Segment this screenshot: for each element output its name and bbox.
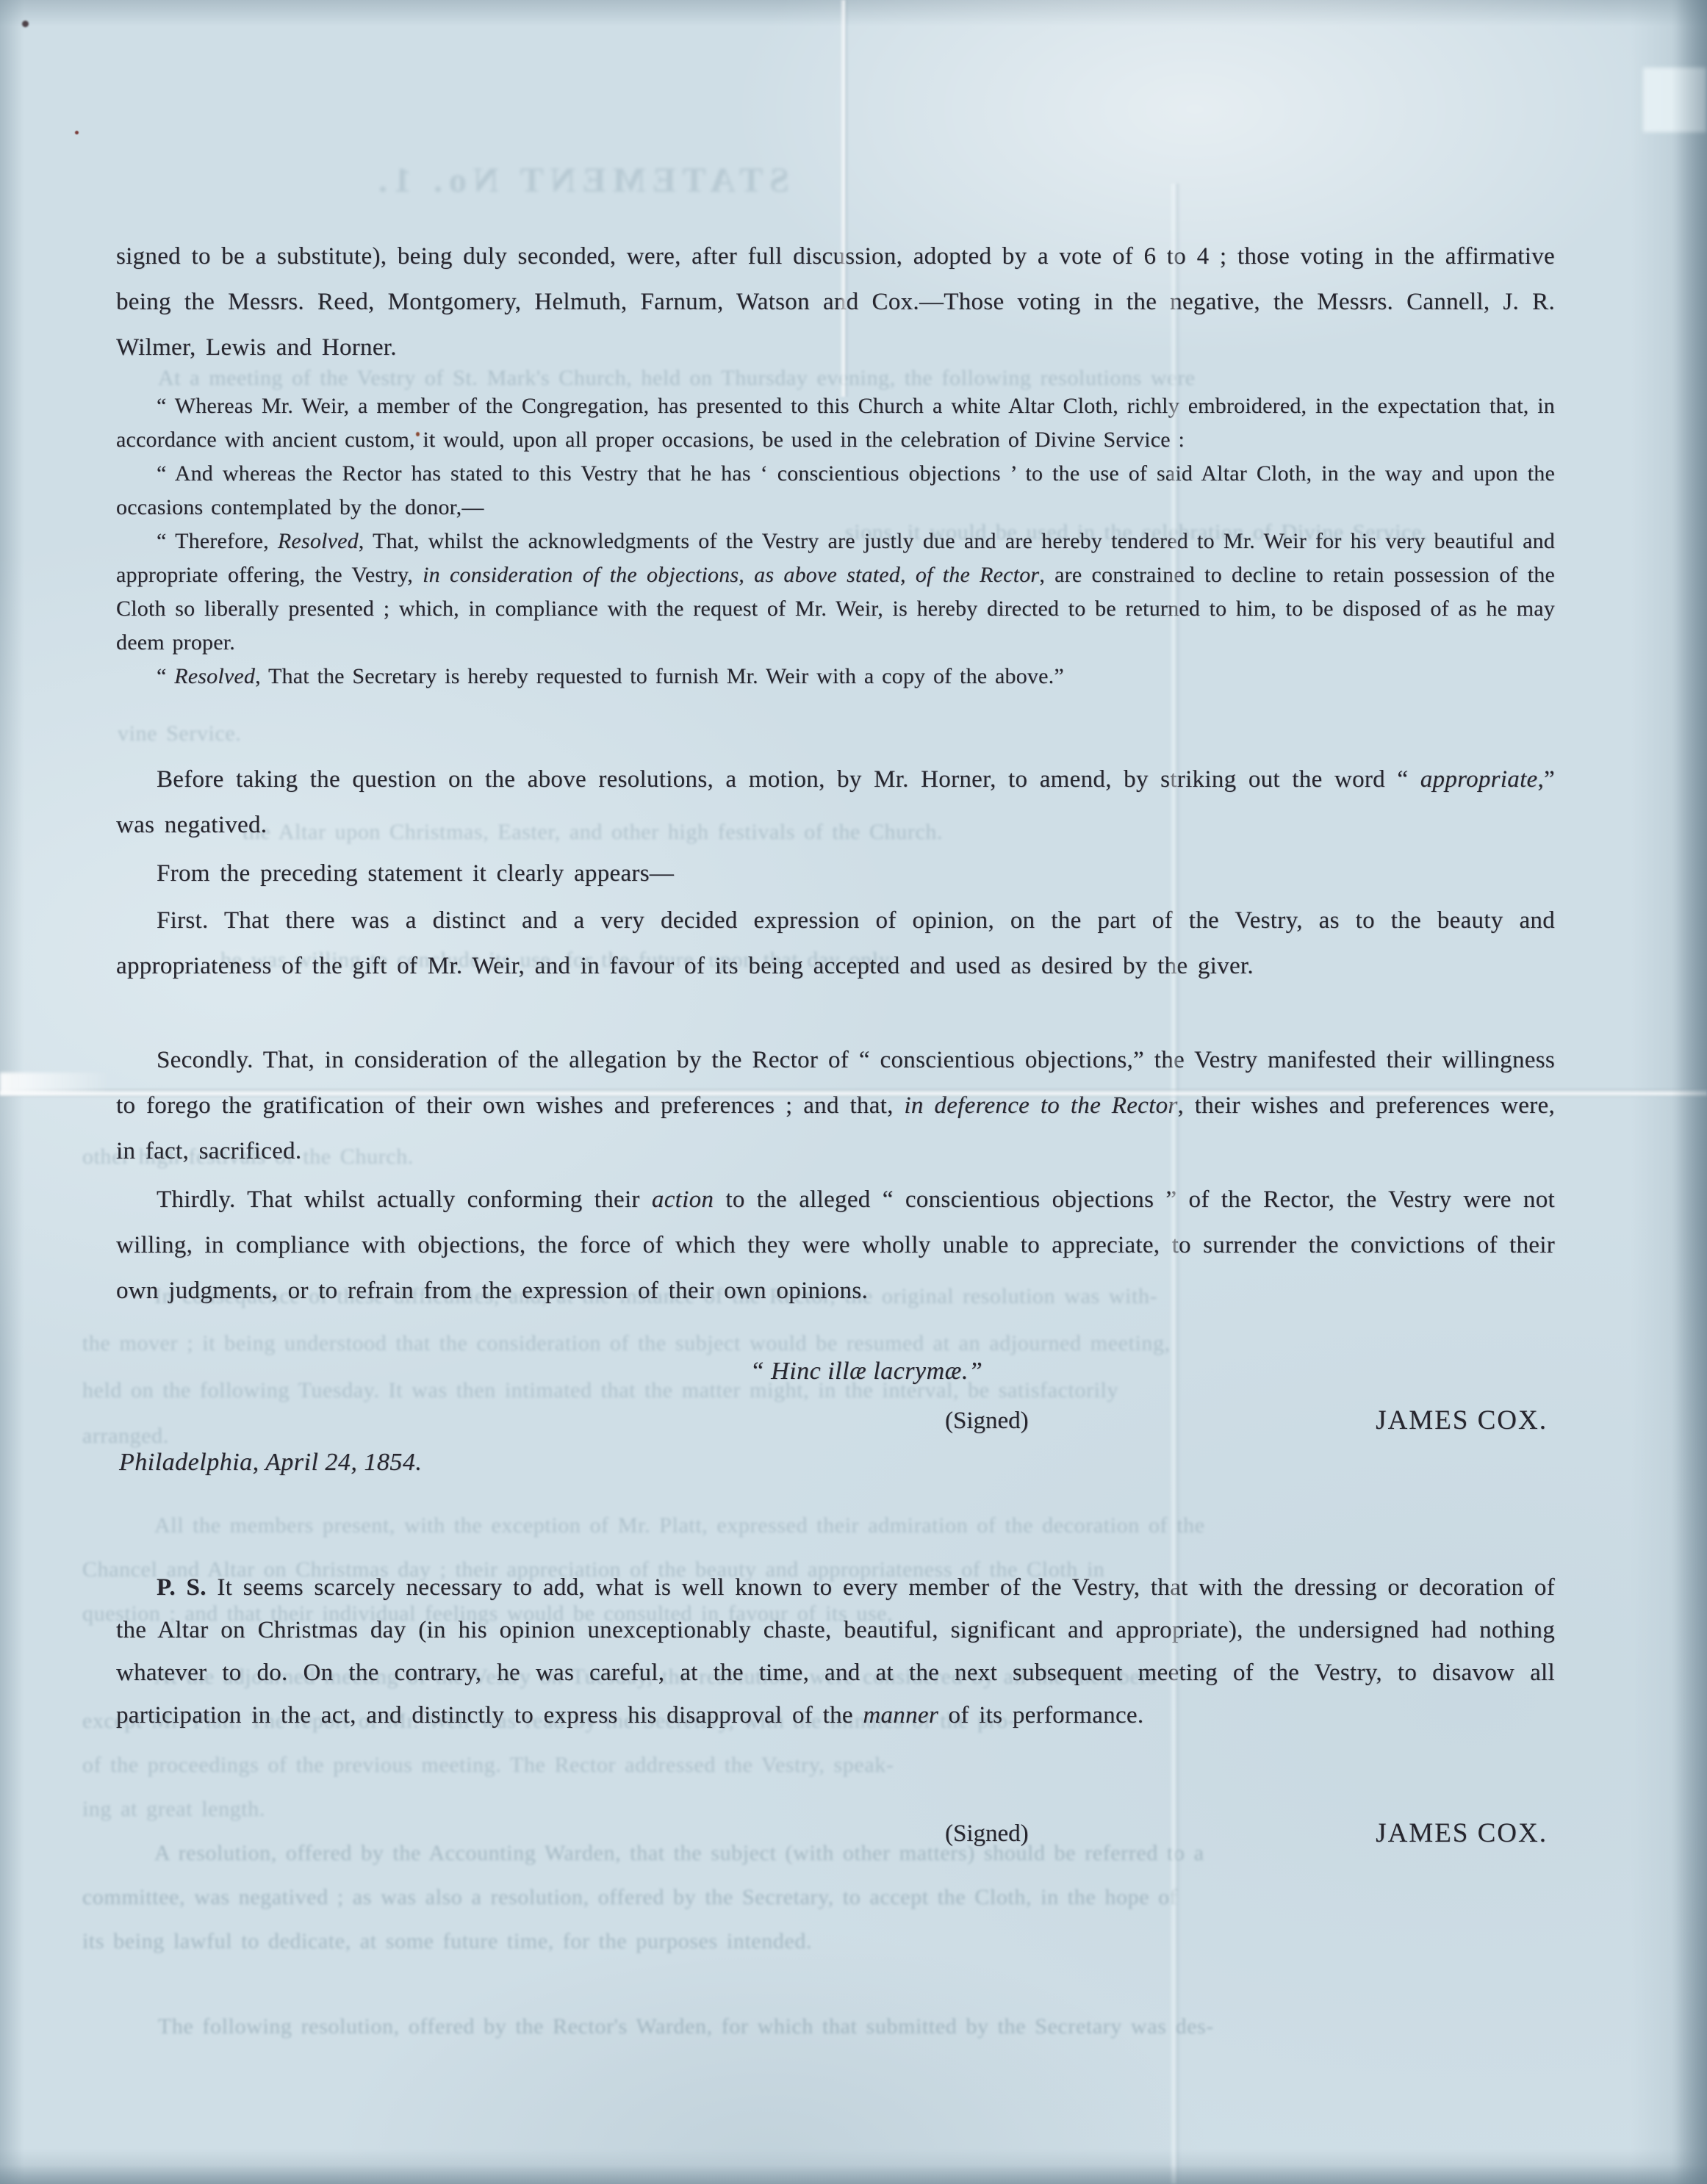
resolution-paragraph: “ Whereas Mr. Weir, a member of the Cong…: [116, 389, 1555, 457]
page-edge-shadow-bottom: [0, 2165, 1707, 2184]
resolution-paragraph: “ Therefore, Resolved, That, whilst the …: [116, 525, 1555, 660]
fold-highlight-left: [0, 1073, 110, 1095]
body-paragraph: Secondly. That, in consideration of the …: [116, 1037, 1555, 1174]
intro-paragraph: signed to be a substitute), being duly s…: [116, 234, 1555, 370]
paragraph-text: First. That there was a distinct and a v…: [116, 898, 1555, 989]
postscript-paragraph: P. S. It seems scarcely necessary to add…: [116, 1566, 1555, 1737]
bleedthrough-title: STATEMENT No. 1.: [345, 160, 816, 201]
dateline: Philadelphia, April 24, 1854.: [119, 1449, 1001, 1477]
paper-speck: [416, 432, 420, 436]
ghost-line: The following resolution, offered by the…: [158, 2014, 1214, 2039]
ghost-line: vine Service.: [118, 721, 241, 746]
body-paragraph: From the preceding statement it clearly …: [116, 851, 1555, 896]
ghost-line: the mover ; it being understood that the…: [82, 1331, 1171, 1356]
paper-speck: [75, 131, 79, 134]
body-paragraph: Thirdly. That whilst actually conforming…: [116, 1177, 1555, 1313]
ghost-line: ing at great length.: [82, 1797, 265, 1822]
signature-name: JAMES COX.: [1376, 1817, 1548, 1849]
paragraph-text: Thirdly. That whilst actually conforming…: [116, 1177, 1555, 1313]
paragraph-text: Secondly. That, in consideration of the …: [116, 1037, 1555, 1174]
ghost-line: All the members present, with the except…: [154, 1513, 1205, 1538]
ghost-line: of the proceedings of the previous meeti…: [82, 1753, 894, 1778]
paragraph-text: From the preceding statement it clearly …: [116, 851, 1555, 896]
paragraph-text: P. S. It seems scarcely necessary to add…: [116, 1566, 1555, 1737]
resolutions-block: “ Whereas Mr. Weir, a member of the Cong…: [116, 389, 1555, 693]
resolution-paragraph: “ And whereas the Rector has stated to t…: [116, 457, 1555, 525]
paper-speck: [22, 21, 29, 27]
ghost-line: committee, was negatived ; as was also a…: [82, 1885, 1177, 1910]
paragraph-text: signed to be a substitute), being duly s…: [116, 234, 1555, 370]
signature-row: (Signed) JAMES COX.: [116, 1820, 1555, 1867]
paragraph-text: Before taking the question on the above …: [116, 757, 1555, 848]
signature-name: JAMES COX.: [1376, 1405, 1548, 1436]
scanned-document-page: STATEMENT No. 1. At a meeting of the Ves…: [0, 0, 1707, 2184]
resolution-paragraph: “ Resolved, That the Secretary is hereby…: [116, 660, 1555, 693]
latin-quotation: “ Hinc illæ lacrymæ.”: [147, 1358, 1586, 1385]
signed-label: (Signed): [945, 1408, 1029, 1435]
body-paragraph: Before taking the question on the above …: [116, 757, 1555, 848]
body-paragraph: First. That there was a distinct and a v…: [116, 898, 1555, 989]
signed-label: (Signed): [945, 1820, 1029, 1848]
page-edge-shadow-right: [1672, 0, 1707, 2184]
signature-row: (Signed) JAMES COX.: [116, 1408, 1555, 1455]
ghost-line: its being lawful to dedicate, at some fu…: [82, 1929, 812, 1954]
